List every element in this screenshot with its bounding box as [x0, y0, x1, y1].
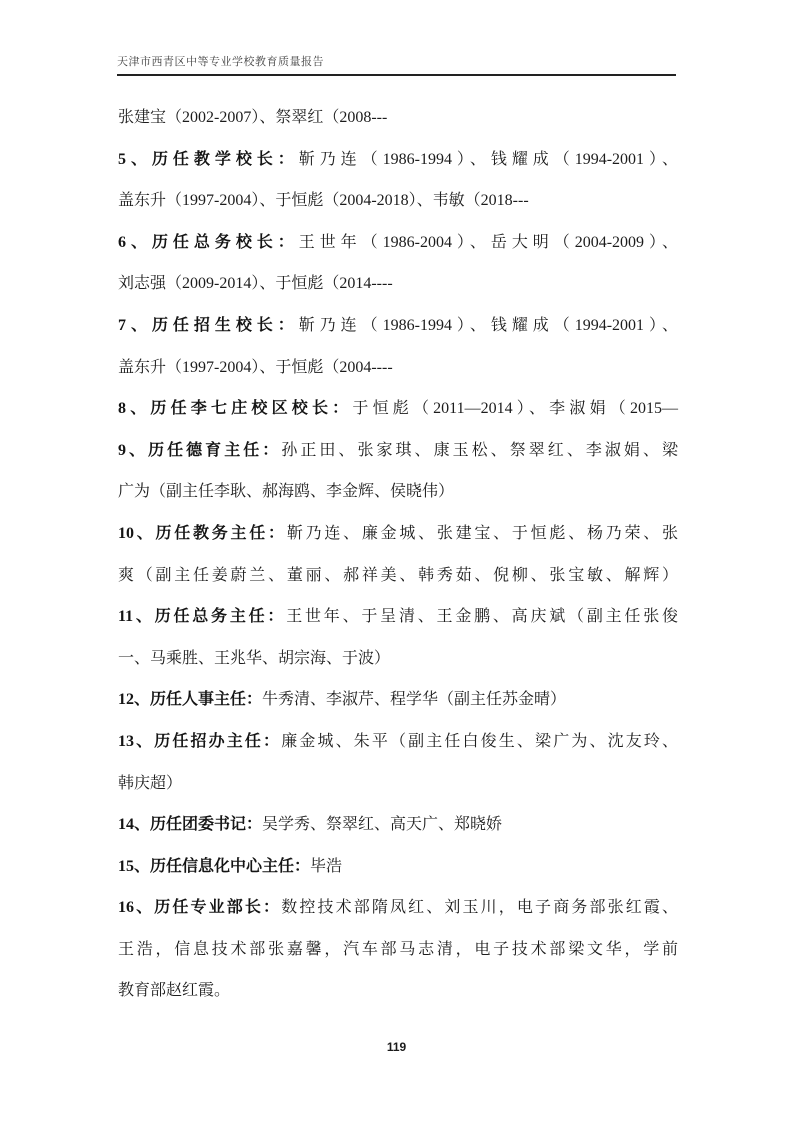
text-line: 王浩，信息技术部张嘉馨，汽车部马志清，电子技术部梁文华，学前 — [118, 929, 678, 971]
document-page: 天津市西青区中等专业学校教育质量报告 张建宝（2002-2007）、祭翠红（20… — [0, 0, 793, 1122]
section-label: 8、历任李七庄校区校长： — [118, 400, 352, 417]
text-line: 6、历任总务校长：王世年（1986-2004）、岳大明（2004-2009）、 — [118, 222, 678, 264]
text-line: 爽（副主任姜蔚兰、董丽、郝祥美、韩秀茹、倪柳、张宝敏、解辉） — [118, 555, 678, 597]
section-label: 13、历任招办主任： — [118, 733, 281, 750]
line-text: 于恒彪（2011—2014）、李淑娟（2015— — [352, 400, 678, 417]
text-line: 14、历任团委书记：吴学秀、祭翠红、高天广、郑晓娇 — [118, 804, 678, 846]
line-text: 韩庆超） — [118, 775, 182, 792]
line-text: 吴学秀、祭翠红、高天广、郑晓娇 — [262, 816, 502, 833]
page-number: 119 — [387, 1040, 406, 1054]
line-text: 盖东升（1997-2004）、于恒彪（2004-2018）、韦敏（2018--- — [118, 192, 529, 209]
line-text: 王浩，信息技术部张嘉馨，汽车部马志清，电子技术部梁文华，学前 — [118, 941, 678, 958]
text-line: 刘志强（2009-2014）、于恒彪（2014---- — [118, 263, 678, 305]
text-line: 10、历任教务主任：靳乃连、廉金城、张建宝、于恒彪、杨乃荣、张 — [118, 513, 678, 555]
text-line: 教育部赵红霞。 — [118, 970, 678, 1012]
section-label: 16、历任专业部长： — [118, 899, 281, 916]
text-line: 韩庆超） — [118, 763, 678, 805]
text-line: 盖东升（1997-2004）、于恒彪（2004-2018）、韦敏（2018--- — [118, 180, 678, 222]
line-text: 一、马乘胜、王兆华、胡宗海、于波） — [118, 650, 390, 667]
section-label: 9、历任德育主任： — [118, 442, 281, 459]
line-text: 盖东升（1997-2004）、于恒彪（2004---- — [118, 359, 393, 376]
text-line: 11、历任总务主任：王世年、于呈清、王金鹏、高庆斌（副主任张俊 — [118, 596, 678, 638]
section-label: 12、历任人事主任： — [118, 691, 262, 708]
section-label: 7、历任招生校长： — [118, 317, 299, 334]
page-header: 天津市西青区中等专业学校教育质量报告 — [117, 56, 676, 76]
header-title: 天津市西青区中等专业学校教育质量报告 — [117, 56, 324, 68]
line-text: 王世年、于呈清、王金鹏、高庆斌（副主任张俊 — [286, 608, 678, 625]
text-line: 7、历任招生校长：靳乃连（1986-1994）、钱耀成（1994-2001）、 — [118, 305, 678, 347]
section-label: 10、历任教务主任： — [118, 525, 287, 542]
text-line: 16、历任专业部长：数控技术部隋凤红、刘玉川，电子商务部张红霞、 — [118, 887, 678, 929]
line-text: 广为（副主任李耿、郝海鸥、李金辉、侯晓伟） — [118, 483, 454, 500]
text-line: 12、历任人事主任：牛秀清、李淑芹、程学华（副主任苏金晴） — [118, 679, 678, 721]
text-line: 张建宝（2002-2007）、祭翠红（2008--- — [118, 97, 678, 139]
text-line: 15、历任信息化中心主任：毕浩 — [118, 846, 678, 888]
section-label: 6、历任总务校长： — [118, 234, 299, 251]
text-line: 一、马乘胜、王兆华、胡宗海、于波） — [118, 638, 678, 680]
line-text: 张建宝（2002-2007）、祭翠红（2008--- — [118, 109, 387, 126]
document-body: 张建宝（2002-2007）、祭翠红（2008---5、历任教学校长：靳乃连（1… — [118, 97, 678, 1012]
line-text: 刘志强（2009-2014）、于恒彪（2014---- — [118, 275, 393, 292]
text-line: 盖东升（1997-2004）、于恒彪（2004---- — [118, 347, 678, 389]
text-line: 9、历任德育主任：孙正田、张家琪、康玉松、祭翠红、李淑娟、梁 — [118, 430, 678, 472]
line-text: 廉金城、朱平（副主任白俊生、梁广为、沈友玲、 — [281, 733, 678, 750]
line-text: 靳乃连、廉金城、张建宝、于恒彪、杨乃荣、张 — [287, 525, 678, 542]
text-line: 5、历任教学校长：靳乃连（1986-1994）、钱耀成（1994-2001）、 — [118, 139, 678, 181]
section-label: 14、历任团委书记： — [118, 816, 262, 833]
line-text: 教育部赵红霞。 — [118, 982, 230, 999]
text-line: 13、历任招办主任：廉金城、朱平（副主任白俊生、梁广为、沈友玲、 — [118, 721, 678, 763]
page-footer: 119 — [0, 1040, 793, 1054]
line-text: 数控技术部隋凤红、刘玉川，电子商务部张红霞、 — [281, 899, 678, 916]
section-label: 5、历任教学校长： — [118, 151, 299, 168]
text-line: 8、历任李七庄校区校长：于恒彪（2011—2014）、李淑娟（2015— — [118, 388, 678, 430]
line-text: 王世年（1986-2004）、岳大明（2004-2009）、 — [299, 234, 678, 251]
line-text: 爽（副主任姜蔚兰、董丽、郝祥美、韩秀茹、倪柳、张宝敏、解辉） — [118, 567, 678, 584]
line-text: 孙正田、张家琪、康玉松、祭翠红、李淑娟、梁 — [281, 442, 678, 459]
line-text: 牛秀清、李淑芹、程学华（副主任苏金晴） — [262, 691, 566, 708]
text-line: 广为（副主任李耿、郝海鸥、李金辉、侯晓伟） — [118, 471, 678, 513]
line-text: 靳乃连（1986-1994）、钱耀成（1994-2001）、 — [299, 317, 678, 334]
line-text: 毕浩 — [310, 858, 342, 875]
section-label: 15、历任信息化中心主任： — [118, 858, 310, 875]
section-label: 11、历任总务主任： — [118, 608, 286, 625]
line-text: 靳乃连（1986-1994）、钱耀成（1994-2001）、 — [299, 151, 678, 168]
